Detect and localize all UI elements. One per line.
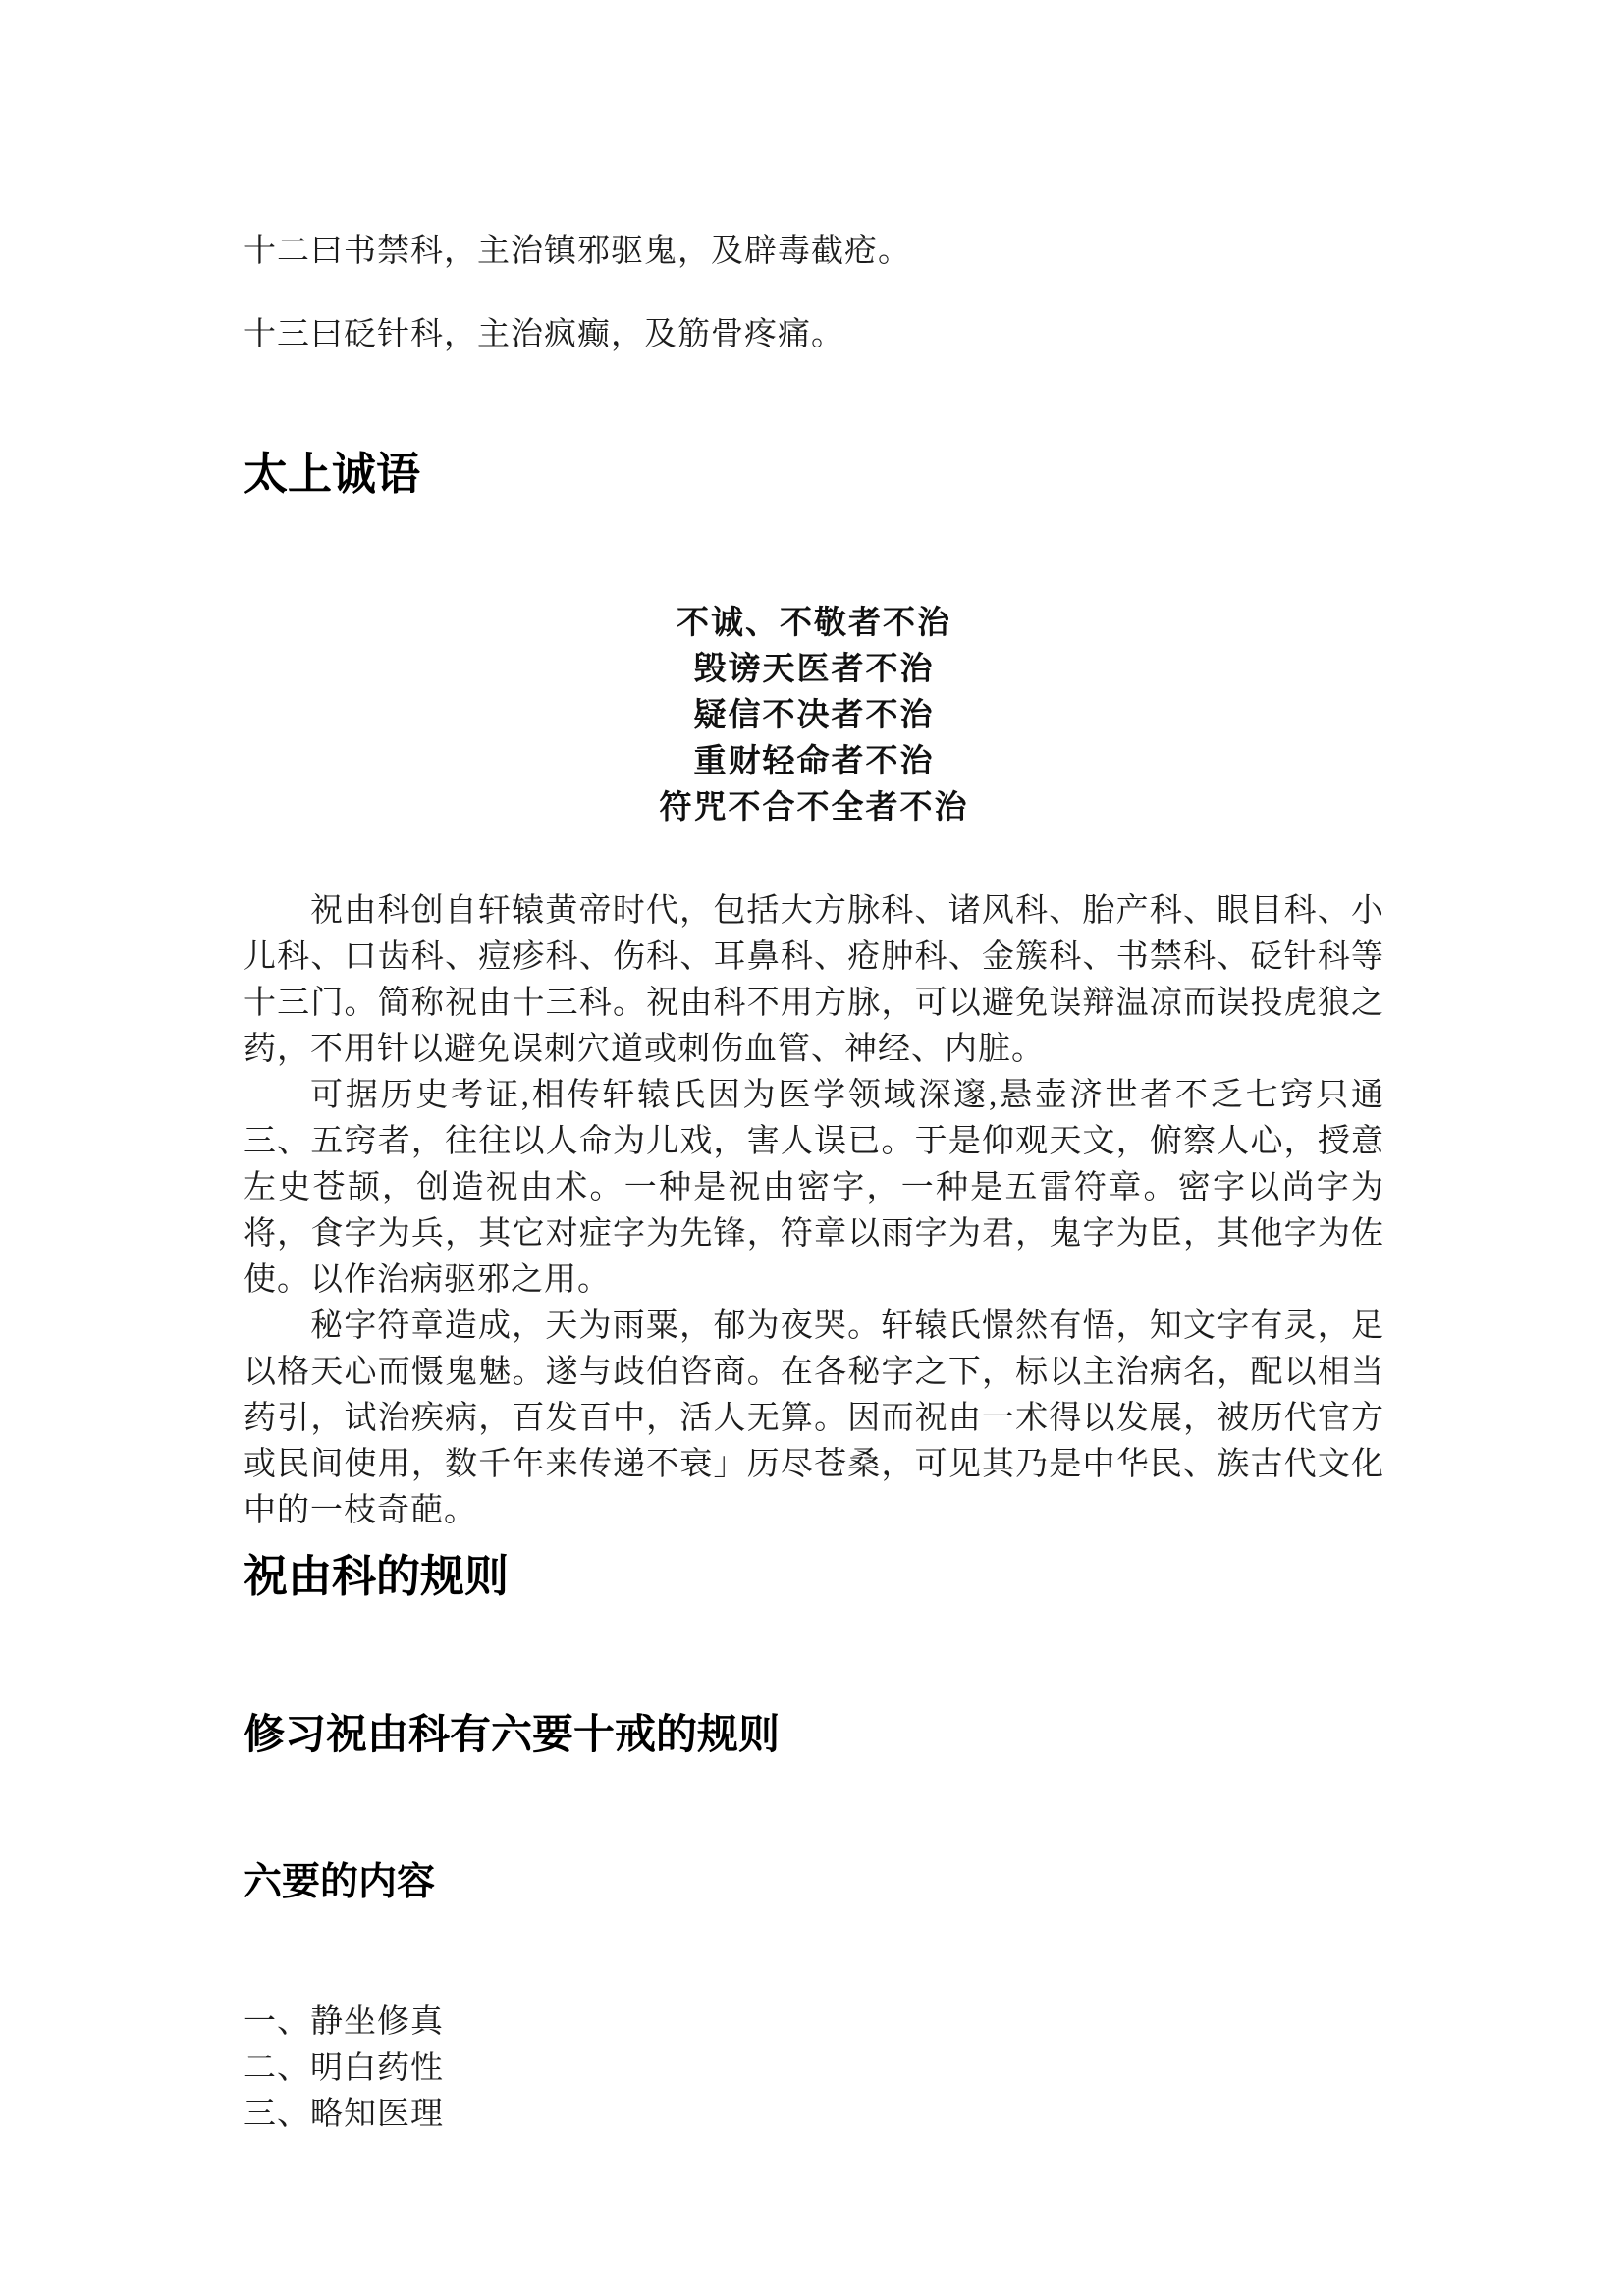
oath-line-2: 毁谤天医者不治 bbox=[244, 647, 1384, 693]
paragraph-secret-words: 秘字符章造成，天为雨粟，郁为夜哭。轩辕氏憬然有悟，知文字有灵，足以格天心而慑鬼魅… bbox=[244, 1304, 1384, 1534]
six-essentials-list: 一、静坐修真 二、明白药性 三、略知医理 bbox=[244, 2000, 1384, 2138]
oath-line-3: 疑信不决者不治 bbox=[244, 693, 1384, 739]
intro-line-2: 十三曰砭针科，主治疯癫，及筋骨疼痛。 bbox=[244, 312, 1384, 358]
list-item-1: 一、静坐修真 bbox=[244, 2000, 1384, 2046]
oath-line-1: 不诚、不敬者不治 bbox=[244, 601, 1384, 647]
document-page: 十二曰书禁科，主治镇邪驱鬼，及辟毒截疮。 十三曰砭针科，主治疯癫，及筋骨疼痛。 … bbox=[0, 0, 1624, 2296]
oath-line-4: 重财轻命者不治 bbox=[244, 739, 1384, 785]
oath-block: 不诚、不敬者不治 毁谤天医者不治 疑信不决者不治 重财轻命者不治 符咒不合不全者… bbox=[244, 601, 1384, 831]
section-title-six-essentials-ten-precepts: 修习祝由科有六要十戒的规则 bbox=[244, 1710, 1384, 1759]
section-title-six-essentials-content: 六要的内容 bbox=[244, 1860, 1384, 1905]
body-paragraphs: 祝由科创自轩辕黄帝时代，包括大方脉科、诸风科、胎产科、眼目科、小儿科、口齿科、痘… bbox=[244, 888, 1384, 1534]
section-title-zhuyou-rules: 祝由科的规则 bbox=[244, 1549, 1384, 1604]
paragraph-history: 可据历史考证,相传轩辕氏因为医学领域深邃,悬壶济世者不乏七窍只通三、五窍者，往往… bbox=[244, 1073, 1384, 1304]
paragraph-origin: 祝由科创自轩辕黄帝时代，包括大方脉科、诸风科、胎产科、眼目科、小儿科、口齿科、痘… bbox=[244, 888, 1384, 1073]
intro-line-1: 十二曰书禁科，主治镇邪驱鬼，及辟毒截疮。 bbox=[244, 229, 1384, 275]
oath-line-5: 符咒不合不全者不治 bbox=[244, 785, 1384, 831]
list-item-3: 三、略知医理 bbox=[244, 2092, 1384, 2138]
section-title-taishang-chengyu: 太上诚语 bbox=[244, 447, 1384, 502]
list-item-2: 二、明白药性 bbox=[244, 2046, 1384, 2092]
